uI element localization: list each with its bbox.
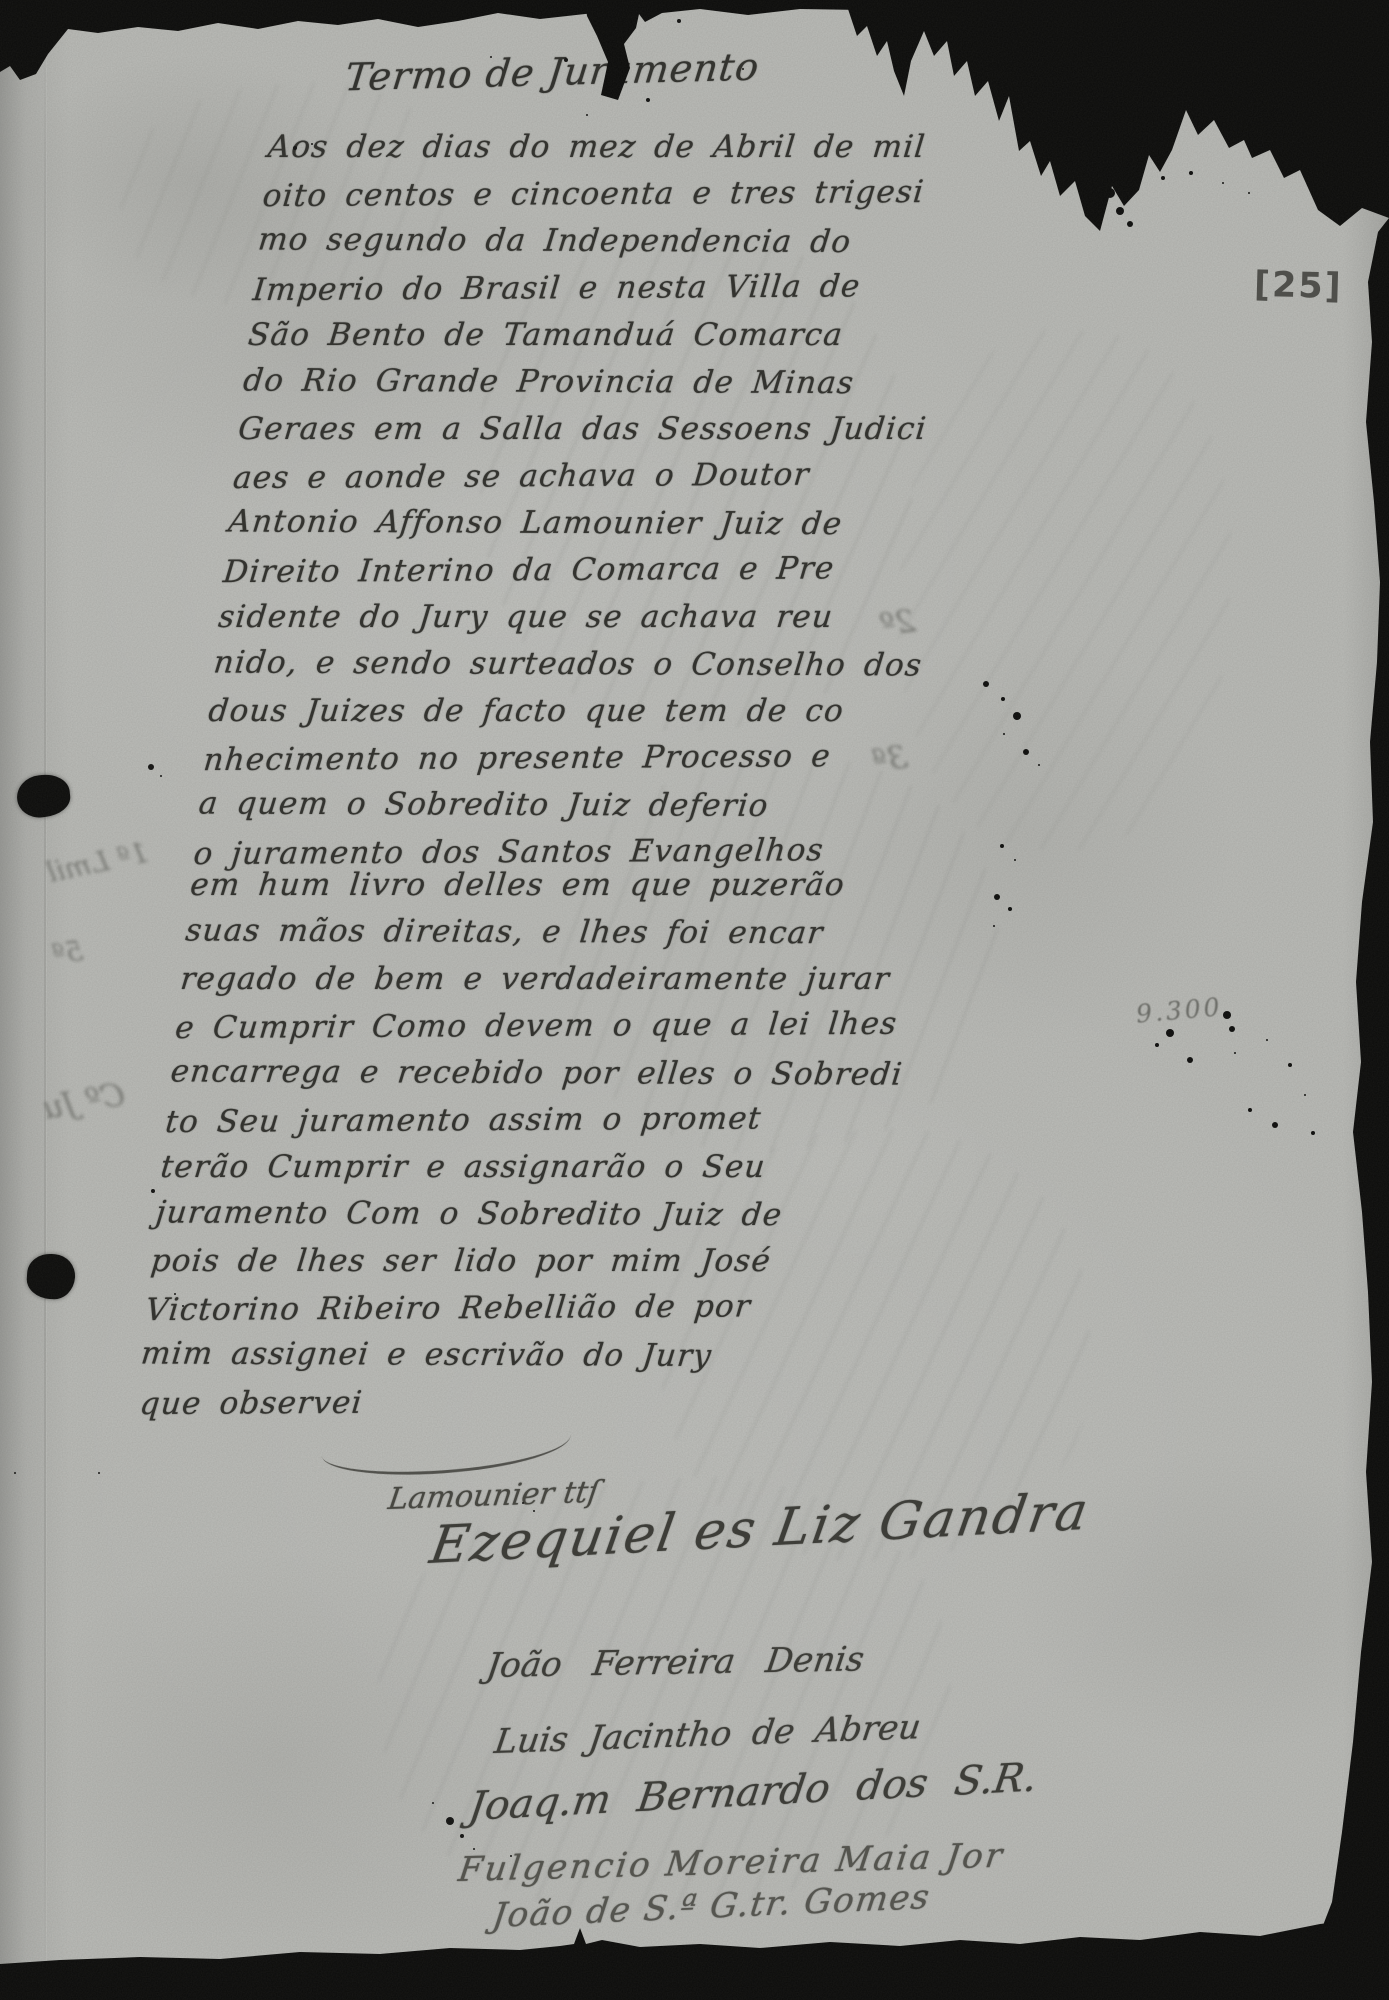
torn-edge-top xyxy=(0,0,862,80)
torn-edge-top-right xyxy=(845,0,1389,231)
torn-edge-bottom xyxy=(0,1916,1389,2000)
torn-edge-right xyxy=(1322,218,1389,1928)
torn-edge-top-tongue xyxy=(585,0,642,100)
torn-paper-edges xyxy=(0,0,1389,2000)
manuscript-page: 2º 3ª 1ª Lmil 5ª Cº Ju Termo de Jurament… xyxy=(0,0,1389,2000)
